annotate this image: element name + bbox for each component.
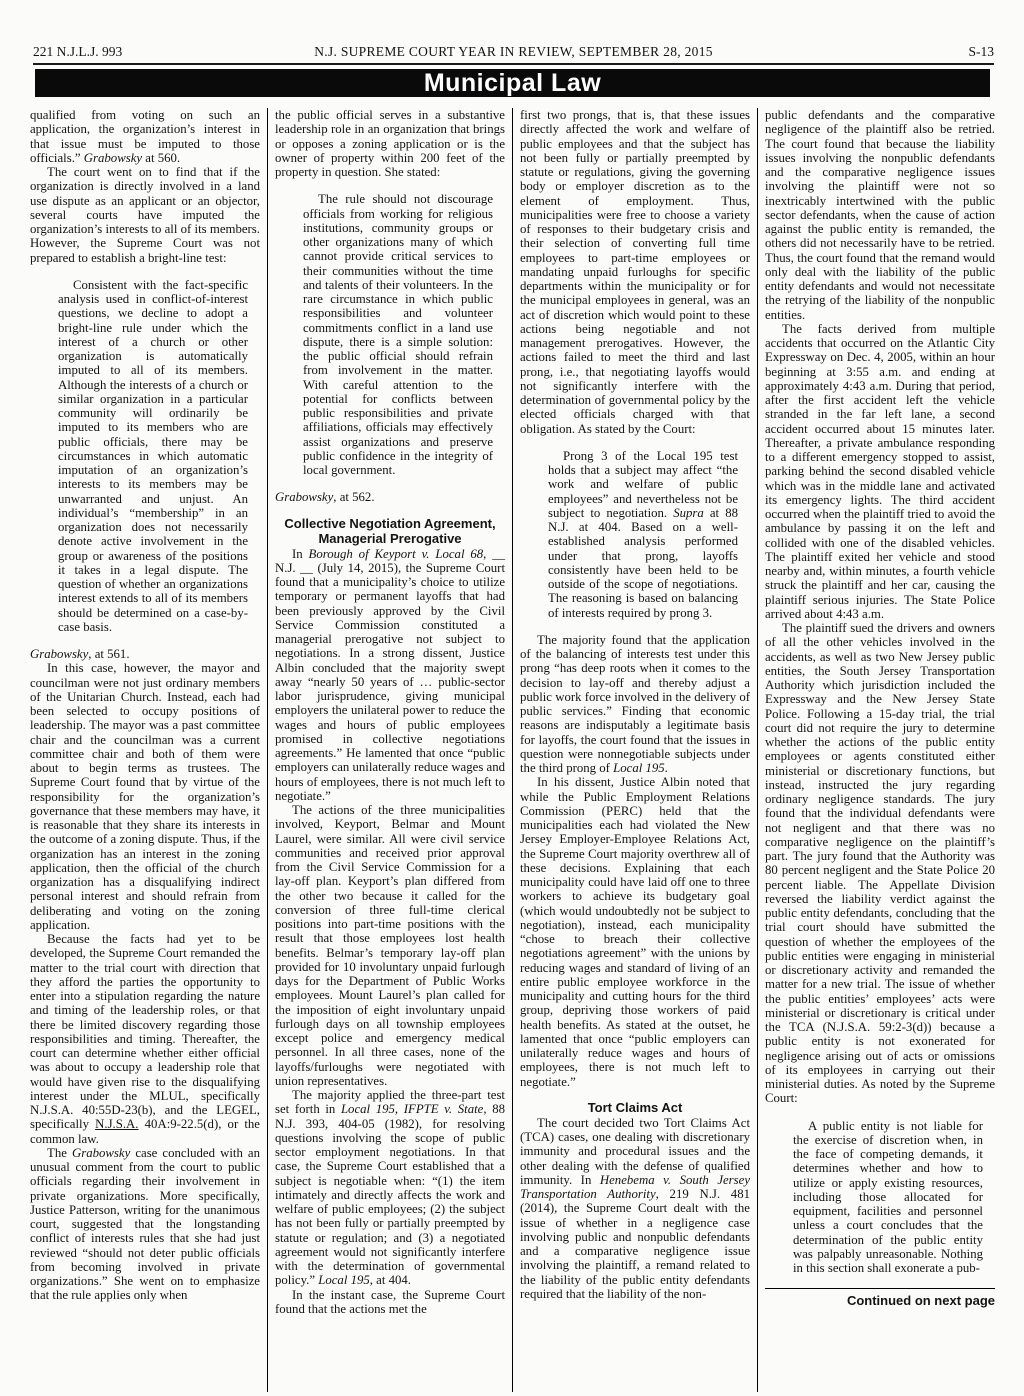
text-run: The facts derived from multiple accident… [765, 322, 995, 621]
text-run: Local 195 [613, 761, 665, 775]
paragraph: In his dissent, Justice Albin noted that… [520, 775, 750, 1089]
article-subheading: Collective Negotiation Agreement, Manage… [275, 516, 505, 546]
text-run: Grabowsky [30, 647, 88, 661]
text-run: , 88 N.J. 393, 404-05 (1982), for resolv… [275, 1102, 505, 1287]
text-run: the public official serves in a substant… [275, 108, 505, 179]
text-run: Tort Claims Act [588, 1100, 683, 1115]
paragraph: In this case, however, the mayor and cou… [30, 661, 260, 932]
paragraph: The court went on to find that if the or… [30, 165, 260, 265]
text-run: Continued on next page [847, 1293, 995, 1308]
case-citation: Grabowsky, at 561. [30, 647, 260, 661]
text-run: , at 562. [333, 490, 374, 504]
text-run: Grabowsky [275, 490, 333, 504]
block-quote: The rule should not discourage officials… [303, 192, 493, 477]
paragraph: The court decided two Tort Claims Act (T… [520, 1116, 750, 1301]
masthead-citation: 221 N.J.L.J. 993 [33, 44, 225, 60]
paragraph: The plaintiff sued the drivers and owner… [765, 621, 995, 1106]
paragraph-continuation: first two prongs, that is, that these is… [520, 108, 750, 436]
article-subheading: Tort Claims Act [520, 1100, 750, 1115]
paragraph: In Borough of Keyport v. Local 68, __ N.… [275, 547, 505, 804]
text-run: In [292, 547, 309, 561]
paragraph-continuation: public defendants and the comparative ne… [765, 108, 995, 322]
text-run: Local 195 [318, 1273, 370, 1287]
section-banner-title: Municipal Law [424, 69, 601, 97]
text-column-3: first two prongs, that is, that these is… [520, 108, 750, 1392]
text-run: , 219 N.J. 481 (2014), the Supreme Court… [520, 1187, 750, 1301]
text-run: Grabowsky [72, 1146, 130, 1160]
text-run: , at 404. [370, 1273, 411, 1287]
paragraph: The facts derived from multiple accident… [765, 322, 995, 621]
text-run: In this case, however, the mayor and cou… [30, 661, 260, 932]
text-run: at 560. [142, 151, 180, 165]
text-run: In the instant case, the Supreme Court f… [275, 1288, 505, 1316]
paragraph: Because the facts had yet to be develope… [30, 932, 260, 1146]
continued-note: Continued on next page [765, 1288, 995, 1308]
paragraph: The majority applied the three-part test… [275, 1088, 505, 1288]
text-run: The actions of the three municipalities … [275, 803, 505, 1088]
text-run: Consistent with the fact-specific analys… [58, 278, 248, 634]
column-divider [512, 108, 513, 1392]
text-run: A public entity is not liable for the ex… [793, 1119, 983, 1276]
article-body: qualified from voting on such an applica… [30, 108, 995, 1392]
masthead-page-number: S-13 [802, 44, 994, 60]
masthead: 221 N.J.L.J. 993 N.J. SUPREME COURT YEAR… [33, 44, 994, 65]
block-quote: Prong 3 of the Local 195 test holds that… [548, 449, 738, 620]
paragraph: The Grabowsky case concluded with an unu… [30, 1146, 260, 1303]
paragraph-continuation: qualified from voting on such an applica… [30, 108, 260, 165]
text-run: N.J.S.A. [95, 1117, 138, 1131]
text-run: , __ N.J. __ (July 14, 2015), the Suprem… [275, 547, 505, 803]
text-run: , at 561. [88, 647, 129, 661]
text-run: first two prongs, that is, that these is… [520, 108, 750, 436]
text-run: The majority found that the application … [520, 633, 750, 775]
paragraph-continuation: the public official serves in a substant… [275, 108, 505, 179]
text-run: Collective Negotiation Agreement, Manage… [284, 516, 495, 546]
column-divider [267, 108, 268, 1392]
text-run: at 88 N.J. at 404. Based on a well-estab… [548, 506, 738, 620]
paragraph: The actions of the three municipalities … [275, 803, 505, 1088]
text-run: case concluded with an unusual comment f… [30, 1146, 260, 1303]
text-run: The plaintiff sued the drivers and owner… [765, 621, 995, 1105]
paragraph: In the instant case, the Supreme Court f… [275, 1288, 505, 1317]
text-run: In his dissent, Justice Albin noted that… [520, 775, 750, 1088]
text-column-2: the public official serves in a substant… [275, 108, 505, 1392]
text-run: Local 195, IFPTE v. State [341, 1102, 483, 1116]
text-column-4: public defendants and the comparative ne… [765, 108, 995, 1392]
section-banner: Municipal Law [35, 69, 990, 97]
text-run: Borough of Keyport v. Local 68 [309, 547, 484, 561]
paragraph: The majority found that the application … [520, 633, 750, 776]
masthead-edition-title: N.J. SUPREME COURT YEAR IN REVIEW, SEPTE… [225, 44, 802, 60]
newspaper-page: 221 N.J.L.J. 993 N.J. SUPREME COURT YEAR… [0, 0, 1024, 1396]
text-run: Grabowsky [84, 151, 142, 165]
text-run: . [665, 761, 668, 775]
text-column-1: qualified from voting on such an applica… [30, 108, 260, 1392]
text-run: public defendants and the comparative ne… [765, 108, 995, 322]
column-divider [757, 108, 758, 1392]
block-quote: A public entity is not liable for the ex… [793, 1119, 983, 1276]
text-run: Supra [673, 506, 704, 520]
text-run: The court went on to find that if the or… [30, 165, 260, 265]
text-run: The [47, 1146, 72, 1160]
text-run: The rule should not discourage officials… [303, 192, 493, 477]
case-citation: Grabowsky, at 562. [275, 490, 505, 504]
block-quote: Consistent with the fact-specific analys… [58, 278, 248, 634]
text-run: Because the facts had yet to be develope… [30, 932, 260, 1131]
